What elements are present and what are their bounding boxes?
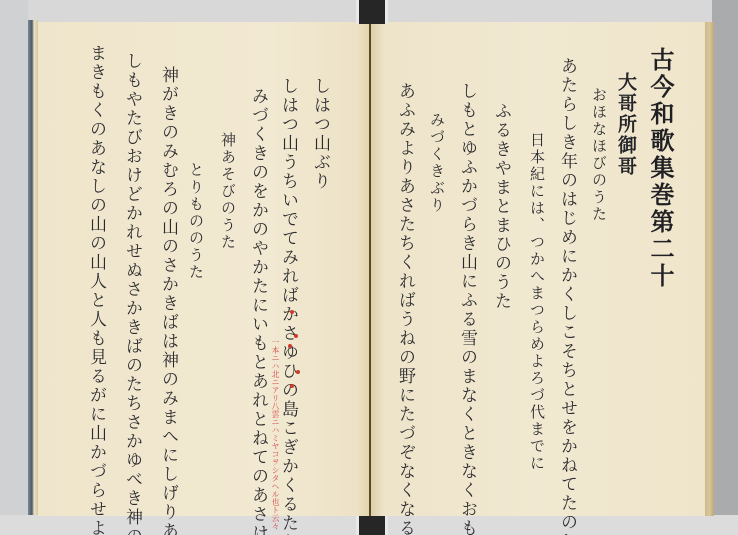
- text-column: おほなほびのうた: [589, 87, 610, 223]
- text-column: ふるきやまとまひのうた: [489, 102, 514, 311]
- left-page: しはつ山ぶり しはつ山うちいでてみればかさゆひの島こぎかくるたななしをぶね みづ…: [38, 22, 370, 516]
- text-column: しもとゆふかづらき山にふる雪のまなくときなくおもほゆるかな: [455, 82, 480, 512]
- book-title: 古今和歌集巻第二十: [643, 47, 678, 290]
- page-stack-edge: [705, 22, 714, 516]
- right-page: 古今和歌集巻第二十 大哥所御哥 おほなほびのうた あたらしき年のはじめにかくしこ…: [371, 22, 705, 516]
- text-column: あふみよりあさたちくればうねの野にたづぞなくなる明けぬこの夜は: [393, 82, 418, 512]
- section-title: 大哥所御哥: [613, 72, 640, 177]
- binding-clip-bottom: [356, 516, 388, 535]
- text-column: しもやたびおけどかれせぬさかきばのたちさかゆべき神のきねかも: [120, 52, 145, 492]
- red-mark: [288, 344, 292, 348]
- background-right: [712, 0, 738, 535]
- text-column: みづくきぶり: [427, 112, 448, 214]
- text-column: しはつ山ぶり: [308, 77, 333, 191]
- red-mark: [290, 310, 294, 314]
- text-column: 神がきのみむろの山のさかきばは神のみまへにしげりあひにけり: [156, 66, 181, 486]
- red-mark: [290, 384, 294, 388]
- text-column: とりもののうた: [186, 162, 207, 281]
- book-cover-edge: [28, 20, 38, 515]
- red-mark: [294, 334, 298, 338]
- text-column: 神あそびのうた: [218, 132, 239, 251]
- text-column: まきもくのあなしの山の山人と人も見るがに山かづらせよ: [84, 44, 109, 504]
- text-column: みづくきのをかのやかたにいもとあれとねてのあさけのしものふりはも: [246, 87, 271, 497]
- background-left: [0, 0, 28, 535]
- red-mark: [296, 370, 300, 374]
- binding-clip-top: [356, 0, 388, 24]
- text-column: あたらしき年のはじめにかくしこそちとせをかねてたのしきをつめ: [555, 57, 580, 497]
- text-column: 日本紀には、つかへまつらめよろづ代までに: [527, 132, 548, 472]
- red-annotation: 一本ニハ北ニアリ八雲ニハミヤコヲシタヘル也ト云々: [270, 338, 281, 530]
